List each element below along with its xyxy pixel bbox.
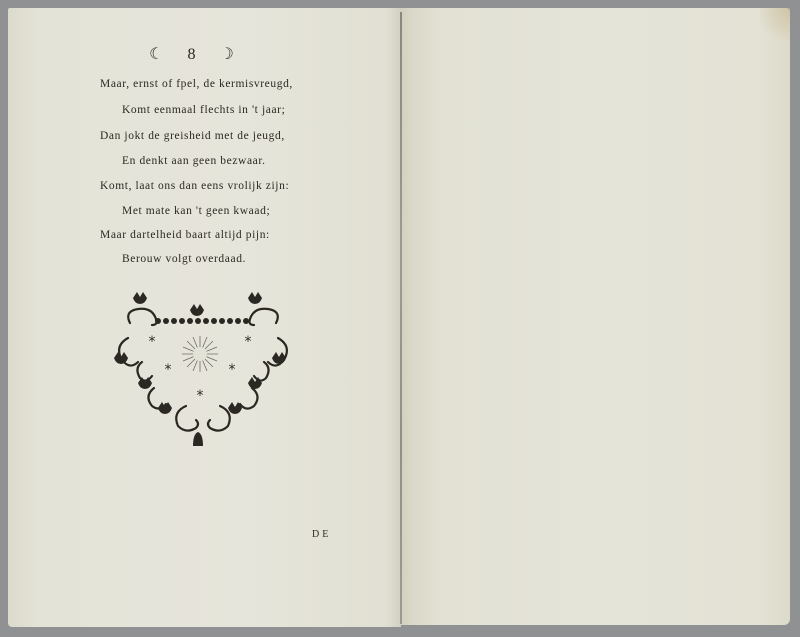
verse-line: Komt eenmaal flechts in 't jaar; [122, 104, 285, 116]
svg-text:*: * [229, 362, 236, 378]
verse-line: Met mate kan 't geen kwaad; [122, 205, 270, 217]
verse-line: Dan jokt de greisheid met de jeugd, [100, 130, 285, 142]
page-number: ☾ 8 ☽ [0, 44, 393, 64]
verse-line: Maar, ernst of fpel, de kermisvreugd, [100, 78, 293, 90]
gutter-stain [401, 8, 441, 625]
svg-text:*: * [149, 334, 156, 350]
ornament-vignette-icon: ** ** * [108, 288, 298, 458]
catchword: DE [312, 529, 331, 540]
svg-text:*: * [165, 362, 172, 378]
verse-line: En denkt aan geen bezwaar. [122, 155, 266, 167]
corner-stain [760, 8, 790, 48]
verse-line: Komt, laat ons dan eens vrolijk zijn: [100, 180, 289, 192]
verse-line: Maar dartelheid baart altijd pijn: [100, 229, 270, 241]
verse-line: Berouw volgt overdaad. [122, 253, 246, 265]
svg-text:*: * [245, 334, 252, 350]
right-page [401, 8, 790, 625]
book-gutter [400, 12, 402, 624]
svg-text:*: * [197, 388, 204, 404]
